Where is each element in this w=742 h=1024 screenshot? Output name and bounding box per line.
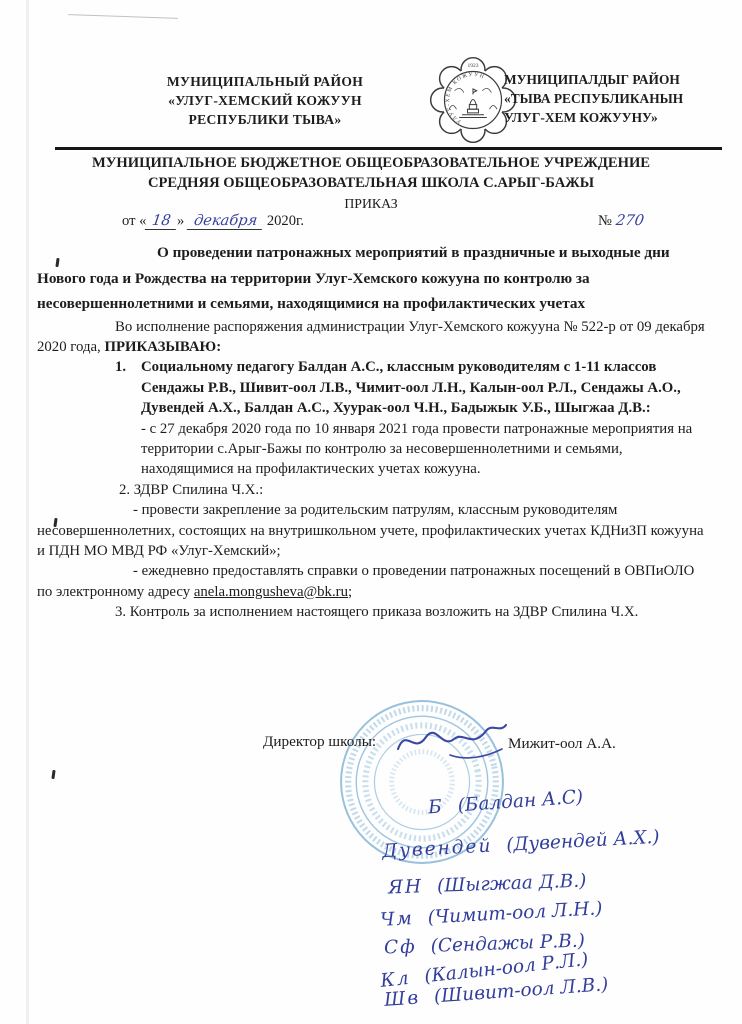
header-divider-rule — [55, 147, 722, 150]
director-signature-icon — [392, 715, 512, 772]
header-right-org-name: МУНИЦИПАЛДЫГ РАЙОН «ТЫВА РЕСПУБЛИКАНЫН У… — [504, 70, 732, 127]
order-item-3: 3. Контроль за исполнением настоящего пр… — [37, 602, 705, 622]
order-subject: О проведении патронажных мероприятий в п… — [37, 240, 705, 317]
director-name: Мижит-оол А.А. — [508, 735, 616, 753]
date-year: 2020г. — [263, 213, 304, 229]
item1-subitem: - с 27 декабря 2020 года по 10 января 20… — [141, 419, 703, 480]
signature-scribble: Б — [427, 796, 444, 818]
scan-artifact — [51, 770, 55, 779]
item2-subitem2-end: ; — [348, 584, 352, 600]
order-number: № 270 — [598, 212, 643, 230]
scan-artifact — [68, 14, 178, 19]
header-right-line3: УЛУГ-ХЕМ КОЖУУНУ» — [504, 108, 732, 127]
header-left-org-name: МУНИЦИПАЛЬНЫЙ РАЙОН «УЛУГ-ХЕМСКИЙ КОЖУУН… — [112, 72, 418, 129]
intro-prikazyvayu: ПРИКАЗЫВАЮ: — [104, 339, 221, 355]
date-close-quote: » — [177, 213, 184, 229]
scanned-order-page: МУНИЦИПАЛЬНЫЙ РАЙОН «УЛУГ-ХЕМСКИЙ КОЖУУН… — [0, 0, 742, 1024]
document-type-heading: ПРИКАЗ — [0, 196, 742, 212]
signature-scribble: Шв — [384, 987, 421, 1010]
header-left-line2: «УЛУГ-ХЕМСКИЙ КОЖУУН — [112, 91, 418, 110]
handwritten-day: 18 — [145, 212, 178, 230]
order-body: О проведении патронажных мероприятий в п… — [37, 240, 705, 623]
director-label: Директор школы: — [263, 733, 376, 751]
item1-number: 1. — [115, 357, 141, 418]
signature-scribble: Сф — [384, 936, 417, 958]
order-item-2: 2. ЗДВР Спилина Ч.Х.: — [119, 480, 705, 500]
handwritten-number: 270 — [614, 212, 644, 229]
scan-artifact — [26, 0, 29, 1024]
organization-title-line2: СРЕДНЯЯ ОБЩЕОБРАЗОВАТЕЛЬНАЯ ШКОЛА С.АРЫГ… — [36, 173, 706, 193]
header-right-line2: «ТЫВА РЕСПУБЛИКАНЫН — [504, 89, 732, 108]
signatory-name: (Дувендей А.Х.) — [506, 827, 660, 856]
emblem-year-text: 1923 — [467, 63, 478, 69]
item2-subitem-1: - провести закрепление за родительским п… — [37, 500, 705, 561]
number-label: № — [598, 213, 616, 229]
email-address: anela.mongusheva@bk.ru — [194, 584, 348, 600]
header-right-line1: МУНИЦИПАЛДЫГ РАЙОН — [504, 70, 732, 89]
approval-signature: ЯН(Шыгжаа Д.В.) — [388, 871, 587, 899]
signature-scribble: ЯН — [388, 876, 424, 898]
header-left-line1: МУНИЦИПАЛЬНЫЙ РАЙОН — [112, 72, 418, 91]
organization-title: МУНИЦИПАЛЬНОЕ БЮДЖЕТНОЕ ОБЩЕОБРАЗОВАТЕЛЬ… — [36, 153, 706, 193]
handwritten-month: декабря — [187, 212, 265, 230]
item1-text: Социальному педагогу Балдан А.С., классн… — [141, 357, 703, 418]
header-left-line3: РЕСПУБЛИКИ ТЫВА» — [112, 110, 418, 129]
date-prefix: от « — [122, 213, 146, 229]
signatory-name: (Чимит-оол Л.Н.) — [427, 898, 603, 928]
organization-title-line1: МУНИЦИПАЛЬНОЕ БЮДЖЕТНОЕ ОБЩЕОБРАЗОВАТЕЛЬ… — [36, 153, 706, 173]
item2-subitem2-text: - ежедневно предоставлять справки о пров… — [37, 563, 694, 599]
signatory-name: (Шыгжаа Д.В.) — [437, 871, 587, 897]
order-item-1: 1. Социальному педагогу Балдан А.С., кла… — [115, 357, 705, 418]
date-number-row: от «18» декабря 2020г. № 270 — [122, 212, 662, 230]
approval-signature: Чм(Чимит-оол Л.Н.) — [380, 898, 603, 931]
item2-subitem-2: - ежедневно предоставлять справки о пров… — [37, 561, 705, 602]
signature-scribble: Чм — [380, 908, 415, 931]
intro-paragraph: Во исполнение распоряжения администрации… — [37, 317, 705, 358]
